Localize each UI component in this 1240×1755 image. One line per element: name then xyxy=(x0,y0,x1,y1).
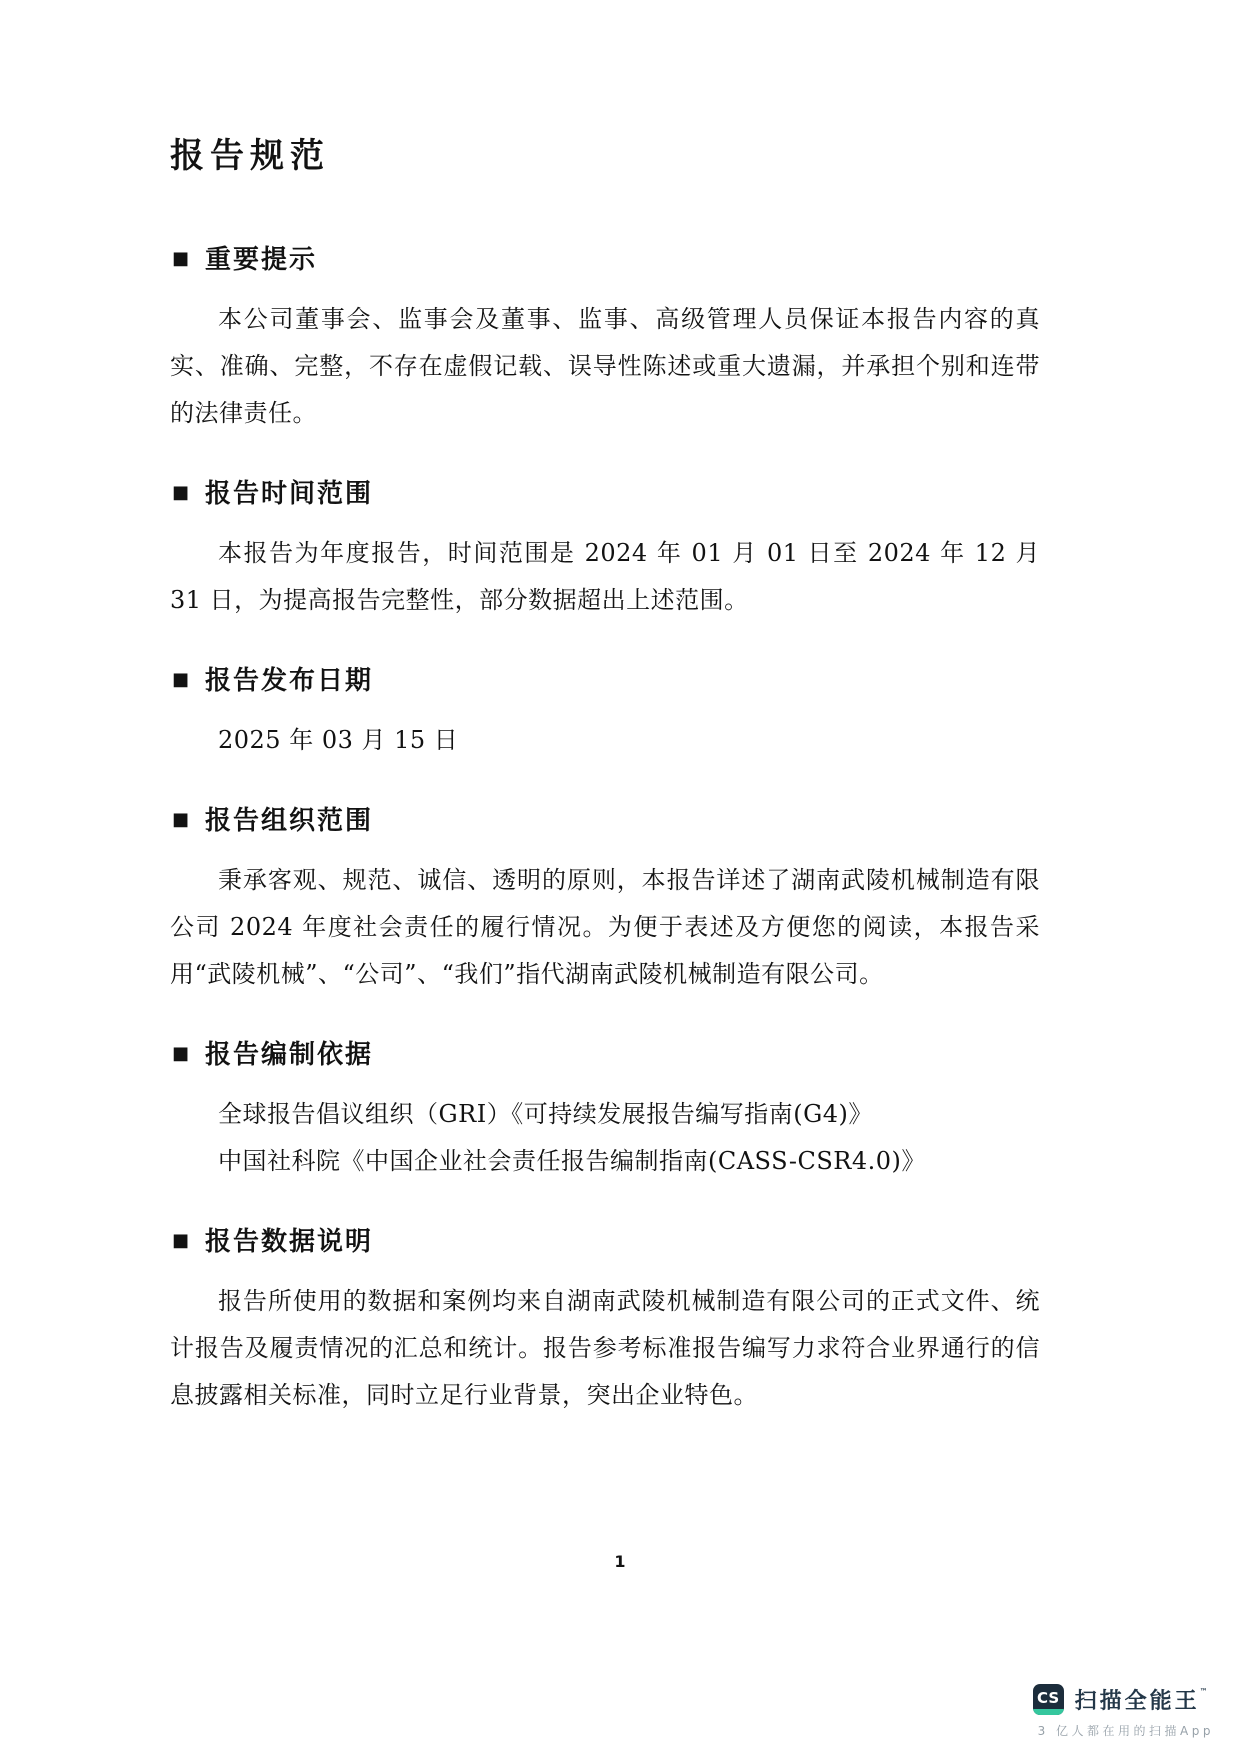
section-release-date: ■ 报告发布日期 2025 年 03 月 15 日 xyxy=(170,660,1040,764)
reference-line: 全球报告倡议组织（GRI）《可持续发展报告编写指南(G4)》 xyxy=(170,1091,1040,1138)
paragraph: 报告所使用的数据和案例均来自湖南武陵机械制造有限公司的正式文件、统计报告及履责情… xyxy=(170,1278,1040,1419)
paragraph: 秉承客观、规范、诚信、透明的原则，本报告详述了湖南武陵机械制造有限公司 2024… xyxy=(170,857,1040,998)
logo-letters: CS xyxy=(1037,1689,1059,1707)
section-heading: ■ 报告组织范围 xyxy=(170,800,1040,837)
section-important-notice: ■ 重要提示 本公司董事会、监事会及董事、监事、高级管理人员保证本报告内容的真实… xyxy=(170,239,1040,437)
section-title: 报告发布日期 xyxy=(205,660,373,697)
section-heading: ■ 报告编制依据 xyxy=(170,1034,1040,1071)
bullet-square-icon: ■ xyxy=(172,811,189,829)
section-organization-scope: ■ 报告组织范围 秉承客观、规范、诚信、透明的原则，本报告详述了湖南武陵机械制造… xyxy=(170,800,1040,998)
page-title: 报告规范 xyxy=(170,128,1040,177)
section-heading: ■ 报告时间范围 xyxy=(170,473,1040,510)
bullet-square-icon: ■ xyxy=(172,1232,189,1250)
section-heading: ■ 报告数据说明 xyxy=(170,1221,1040,1258)
section-heading: ■ 重要提示 xyxy=(170,239,1040,276)
section-title: 报告时间范围 xyxy=(205,473,373,510)
camscanner-watermark: CS 扫描全能王™ 3 亿人都在用的扫描App xyxy=(1033,1684,1214,1739)
brand-text: 扫描全能王 xyxy=(1075,1689,1200,1714)
brand-name: 扫描全能王™ xyxy=(1075,1684,1208,1715)
bullet-square-icon: ■ xyxy=(172,484,189,502)
bullet-square-icon: ■ xyxy=(172,671,189,689)
brand-tagline: 3 亿人都在用的扫描App xyxy=(1033,1722,1214,1739)
paragraph: 本报告为年度报告，时间范围是 2024 年 01 月 01 日至 2024 年 … xyxy=(170,530,1040,624)
logo-accent-strip xyxy=(1033,1709,1064,1715)
section-title: 重要提示 xyxy=(205,239,317,276)
bullet-square-icon: ■ xyxy=(172,1045,189,1063)
section-report-period: ■ 报告时间范围 本报告为年度报告，时间范围是 2024 年 01 月 01 日… xyxy=(170,473,1040,624)
section-data-description: ■ 报告数据说明 报告所使用的数据和案例均来自湖南武陵机械制造有限公司的正式文件… xyxy=(170,1221,1040,1419)
reference-line: 中国社科院《中国企业社会责任报告编制指南(CASS-CSR4.0)》 xyxy=(170,1138,1040,1185)
section-title: 报告数据说明 xyxy=(205,1221,373,1258)
section-title: 报告编制依据 xyxy=(205,1034,373,1071)
page-number: 1 xyxy=(0,1552,1240,1571)
camscanner-logo-icon: CS xyxy=(1033,1684,1064,1715)
section-title: 报告组织范围 xyxy=(205,800,373,837)
section-compilation-basis: ■ 报告编制依据 全球报告倡议组织（GRI）《可持续发展报告编写指南(G4)》 … xyxy=(170,1034,1040,1185)
paragraph: 本公司董事会、监事会及董事、监事、高级管理人员保证本报告内容的真实、准确、完整，… xyxy=(170,296,1040,437)
bullet-square-icon: ■ xyxy=(172,250,189,268)
document-page: 报告规范 ■ 重要提示 本公司董事会、监事会及董事、监事、高级管理人员保证本报告… xyxy=(0,0,1240,1755)
release-date: 2025 年 03 月 15 日 xyxy=(170,717,1040,764)
trademark-symbol: ™ xyxy=(1200,1687,1208,1696)
watermark-brand-row: CS 扫描全能王™ xyxy=(1033,1684,1214,1715)
section-heading: ■ 报告发布日期 xyxy=(170,660,1040,697)
